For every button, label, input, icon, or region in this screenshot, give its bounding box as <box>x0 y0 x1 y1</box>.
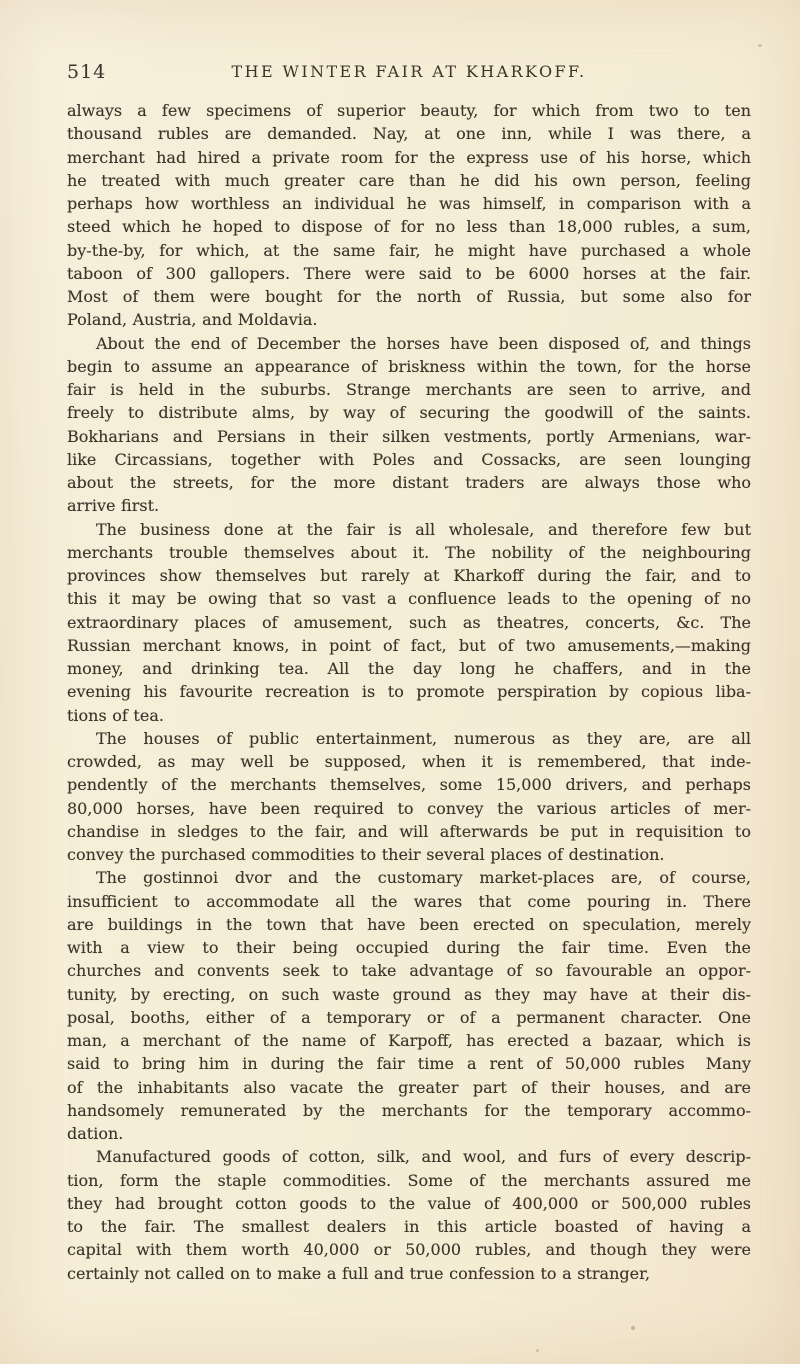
text-line: about the streets, for the more distant … <box>67 471 751 494</box>
text-line: provinces show themselves but rarely at … <box>67 564 751 587</box>
text-line: said to bring him in during the fair tim… <box>67 1052 751 1075</box>
text-line: merchants trouble themselves about it. T… <box>67 541 751 564</box>
text-line: fair is held in the suburbs. Strange mer… <box>67 378 751 401</box>
paragraph: The business done at the fair is all who… <box>67 518 751 727</box>
text-line: Poland, Austria, and Moldavia. <box>67 308 751 331</box>
text-line: capital with them worth 40,000 or 50,000… <box>67 1238 751 1261</box>
text-line: insufficient to accommodate all the ware… <box>67 890 751 913</box>
paper-speck <box>536 1349 539 1352</box>
paper-speck <box>631 1326 635 1330</box>
text-line: he treated with much greater care than h… <box>67 169 751 192</box>
text-line: churches and convents seek to take advan… <box>67 959 751 982</box>
page-body: always a few specimens of superior beaut… <box>67 99 751 1285</box>
text-line: arrive first. <box>67 494 751 517</box>
text-line: extraordinary places of amusement, such … <box>67 611 751 634</box>
book-page-scan: 514 THE WINTER FAIR AT KHARKOFF. always … <box>0 0 800 1364</box>
text-line: dation. <box>67 1122 751 1145</box>
text-line: steed which he hoped to dispose of for n… <box>67 215 751 238</box>
text-line: freely to distribute alms, by way of sec… <box>67 401 751 424</box>
text-line: 80,000 horses, have been required to con… <box>67 797 751 820</box>
text-line: Russian merchant knows, in point of fact… <box>67 634 751 657</box>
text-line: taboon of 300 gallopers. There were said… <box>67 262 751 285</box>
text-line: money, and drinking tea. All the day lon… <box>67 657 751 680</box>
text-line: posal, booths, either of a temporary or … <box>67 1006 751 1029</box>
text-line: with a view to their being occupied duri… <box>67 936 751 959</box>
text-line: The houses of public entertainment, nume… <box>67 727 751 750</box>
text-line: merchant had hired a private room for th… <box>67 146 751 169</box>
text-line: begin to assume an appearance of briskne… <box>67 355 751 378</box>
paragraph: Manufactured goods of cotton, silk, and … <box>67 1145 751 1285</box>
text-line: to the fair. The smallest dealers in thi… <box>67 1215 751 1238</box>
text-line: they had brought cotton goods to the val… <box>67 1192 751 1215</box>
text-line: About the end of December the horses hav… <box>67 332 751 355</box>
paragraph: The houses of public entertainment, nume… <box>67 727 751 867</box>
text-line: pendently of the merchants themselves, s… <box>67 773 751 796</box>
text-line: Bokharians and Persians in their silken … <box>67 425 751 448</box>
text-line: certainly not called on to make a full a… <box>67 1262 751 1285</box>
text-line: handsomely remunerated by the merchants … <box>67 1099 751 1122</box>
paragraph: About the end of December the horses hav… <box>67 332 751 518</box>
text-line: convey the purchased commodities to thei… <box>67 843 751 866</box>
text-line: tions of tea. <box>67 704 751 727</box>
paragraph: always a few specimens of superior beaut… <box>67 99 751 332</box>
paragraph: The gostinnoi dvor and the customary mar… <box>67 866 751 1145</box>
text-line: like Circassians, together with Poles an… <box>67 448 751 471</box>
text-line: tunity, by erecting, on such waste groun… <box>67 983 751 1006</box>
text-line: Manufactured goods of cotton, silk, and … <box>67 1145 751 1168</box>
text-line: evening his favourite recreation is to p… <box>67 680 751 703</box>
text-line: tion, form the staple commodities. Some … <box>67 1169 751 1192</box>
page-number: 514 <box>67 61 106 83</box>
text-line: crowded, as may well be supposed, when i… <box>67 750 751 773</box>
text-line: thousand rubles are demanded. Nay, at on… <box>67 122 751 145</box>
running-head-title: THE WINTER FAIR AT KHARKOFF. <box>67 60 751 81</box>
paper-speck <box>758 44 762 47</box>
text-line: The business done at the fair is all who… <box>67 518 751 541</box>
running-header: 514 THE WINTER FAIR AT KHARKOFF. <box>67 60 751 86</box>
text-line: man, a merchant of the name of Karpoff, … <box>67 1029 751 1052</box>
text-line: chandise in sledges to the fair, and wil… <box>67 820 751 843</box>
text-line: are buildings in the town that have been… <box>67 913 751 936</box>
text-line: this it may be owing that so vast a conf… <box>67 587 751 610</box>
text-line: by-the-by, for which, at the same fair, … <box>67 239 751 262</box>
text-line: The gostinnoi dvor and the customary mar… <box>67 866 751 889</box>
text-line: Most of them were bought for the north o… <box>67 285 751 308</box>
text-line: always a few specimens of superior beaut… <box>67 99 751 122</box>
text-line: perhaps how worthless an individual he w… <box>67 192 751 215</box>
text-line: of the inhabitants also vacate the great… <box>67 1076 751 1099</box>
